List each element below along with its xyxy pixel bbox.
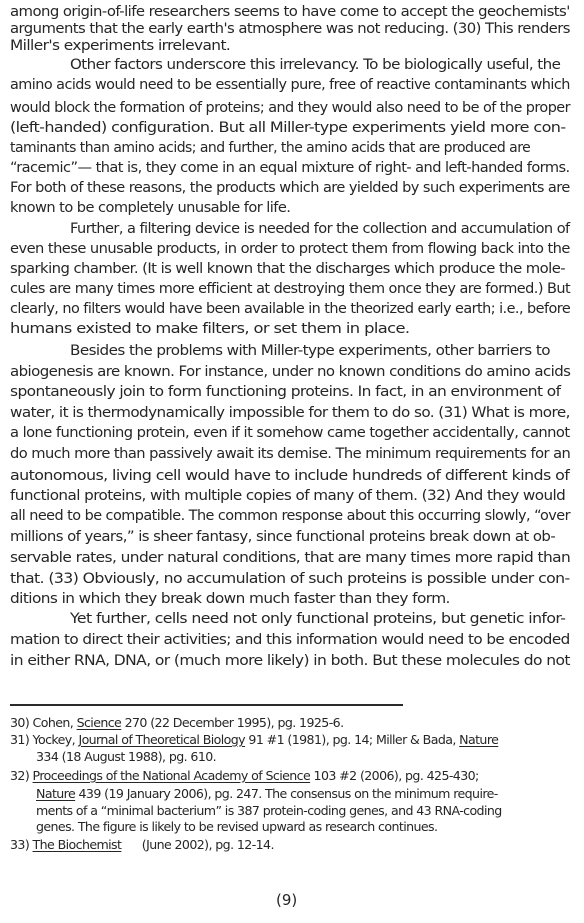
body-line: sparking chamber. (It is well known that… [10,259,565,279]
footnote-31: 31) Yockey, Journal of Theoretical Biolo… [10,731,498,748]
footnote-divider [10,704,403,706]
body-line: Besides the problems with Miller-type ex… [70,341,550,361]
footnote-31-continued: 334 (18 August 1988), pg. 610. [36,748,216,765]
body-line: Further, a filtering device is needed fo… [70,219,570,239]
body-line: For both of these reasons, the products … [10,178,570,198]
body-line: abiogenesis are known. For instance, und… [10,362,570,382]
body-line: all need to be compatible. The common re… [10,506,570,526]
citation-title: The Biochemist [33,837,122,852]
body-line: ditions in which they break down much fa… [10,589,450,609]
footnote-32-continued: Nature 439 (19 January 2006), pg. 247. T… [36,785,498,802]
body-line: humans existed to make filters, or set t… [10,319,409,339]
page-number: (9) [276,891,297,909]
body-line: would block the formation of proteins; a… [10,98,570,118]
document-page: among origin-of-life researchers seems t… [0,0,584,923]
body-line: millions of years,” is sheer fantasy, si… [10,527,555,547]
footnote-32: 32) Proceedings of the National Academy … [10,767,479,784]
body-line: servable rates, under natural conditions… [10,548,570,568]
body-line: (left-handed) configuration. But all Mil… [10,118,566,138]
body-line: mation to direct their activities; and t… [10,630,570,650]
body-line: Yet further, cells need not only functio… [70,609,565,629]
body-line: taminants than amino acids; and further,… [10,138,530,158]
body-line: amino acids would need to be essentially… [10,75,570,95]
body-line: spontaneously join to form functioning p… [10,382,561,402]
body-line: Other factors underscore this irrelevanc… [70,55,560,75]
citation-title: Journal of Theoretical Biology [78,732,245,747]
body-line: do much more than passively await its de… [10,444,570,464]
body-line: clearly, no filters would have been avai… [10,299,570,319]
body-line: that. (33) Obviously, no accumulation of… [10,569,570,589]
citation-title: Nature [36,786,75,801]
footnote-32-continued: genes. The figure is likely to be revise… [36,818,437,835]
body-line: autonomous, living cell would have to in… [10,466,569,486]
body-line: cules are many times more efficient at d… [10,279,570,299]
body-line: known to be completely unusable for life… [10,198,290,218]
footnote-33: 33) The Biochemist (June 2002), pg. 12-1… [10,836,274,853]
citation-title: Nature [459,732,498,747]
footnote-30: 30) Cohen, Science 270 (22 December 1995… [10,714,343,731]
body-line: functional proteins, with multiple copie… [10,486,565,506]
body-line: water, it is thermodynamically impossibl… [10,403,570,423]
citation-title: Science [77,715,122,730]
body-line: a lone functioning protein, even if it s… [10,423,570,443]
citation-title: Proceedings of the National Academy of S… [33,768,311,783]
body-line: “racemic”— that is, they come in an equa… [10,158,570,178]
body-line: Miller's experiments irrelevant. [10,36,230,56]
footnote-32-continued: ments of a “minimal bacterium” is 387 pr… [36,802,502,819]
body-line: in either RNA, DNA, or (much more likely… [10,651,570,671]
body-line: even these unusable products, in order t… [10,239,570,259]
